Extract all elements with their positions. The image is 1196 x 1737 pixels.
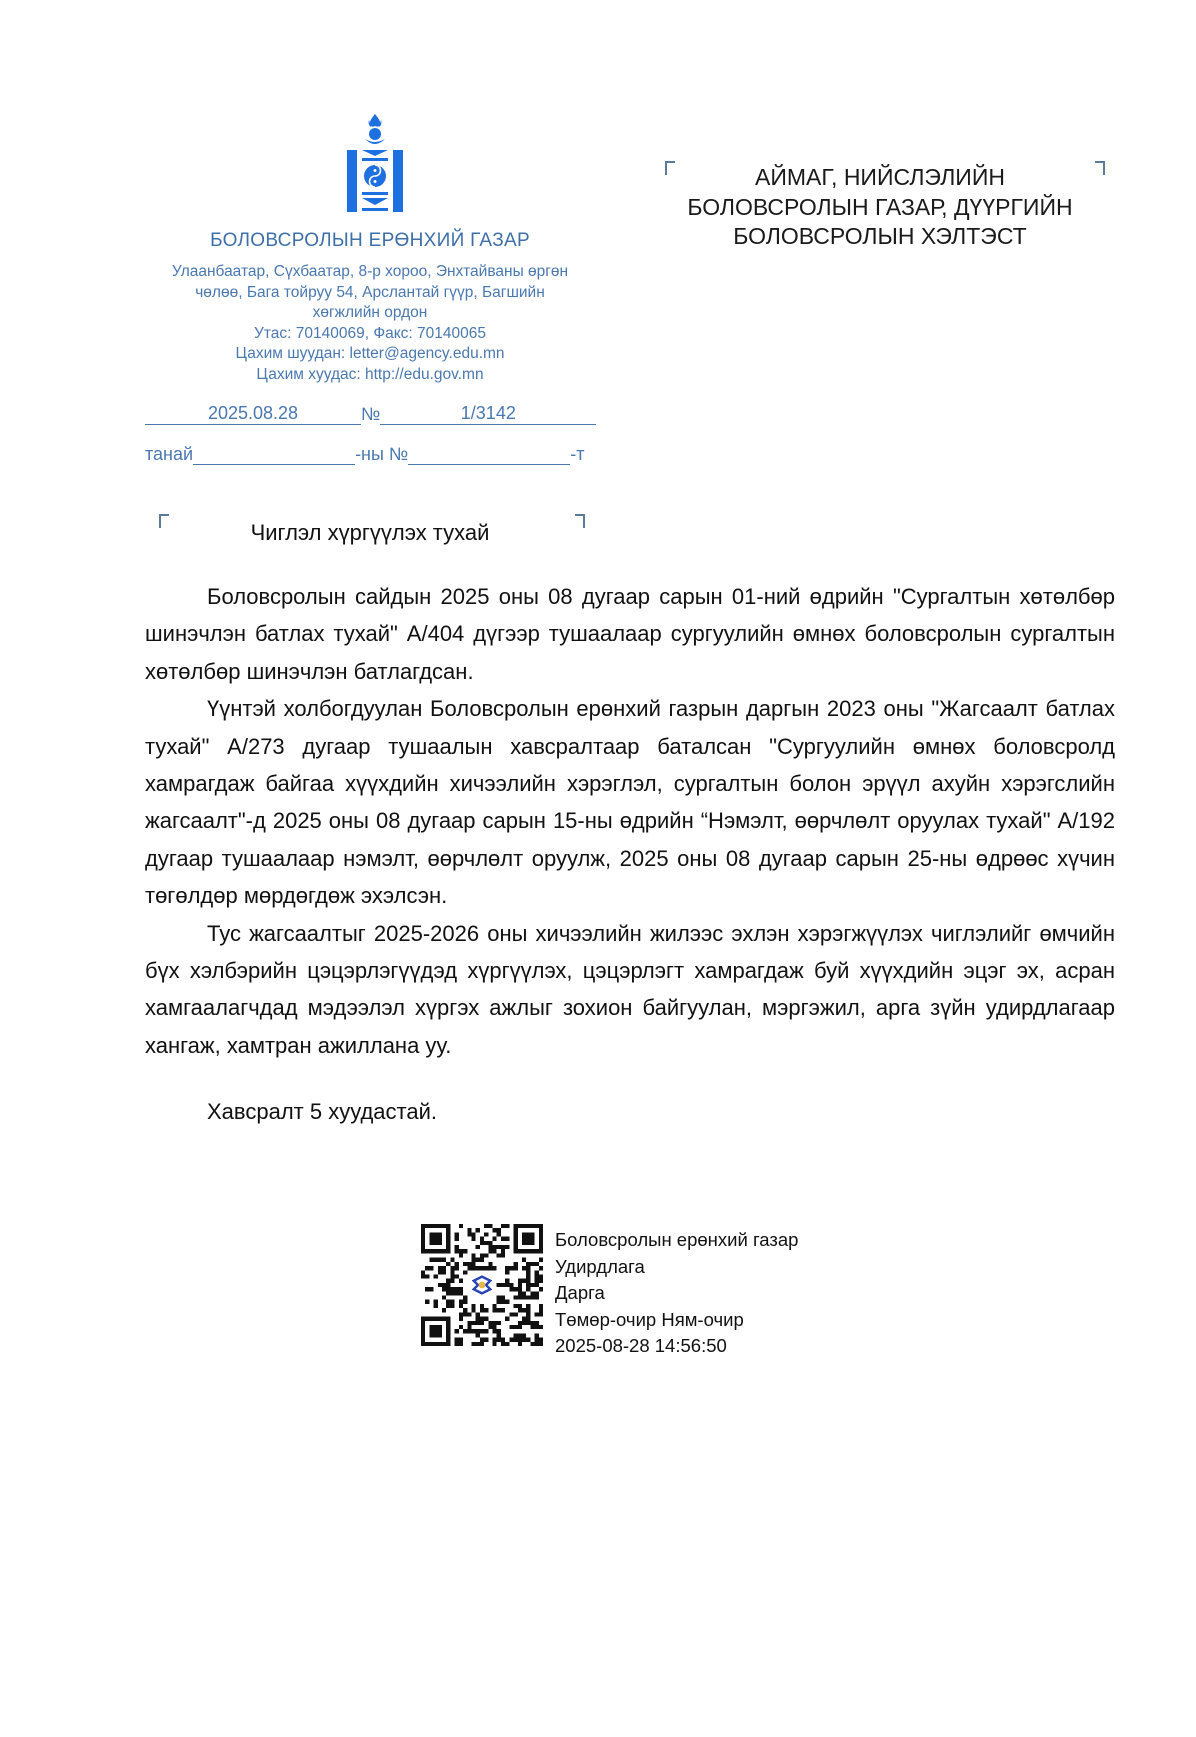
qr-code-icon [421,1224,543,1346]
your-number-field [408,443,570,465]
recipient-line: АЙМАГ, НИЙСЛЭЛИЙН [660,163,1100,193]
your-suffix: -ны № [355,444,408,464]
reference-line: танай-ны №-т [145,443,585,465]
signer-unit: Удирдлага [555,1254,798,1281]
number-label: № [361,404,380,424]
org-address: Улаанбаатар, Сүхбаатар, 8-р хороо, Энхта… [140,262,600,386]
org-name: БОЛОВСРОЛЫН ЕРӨНХИЙ ГАЗАР [140,230,600,252]
attachment-note: Хавсралт 5 хуудастай. [207,1099,437,1125]
letter-page: БОЛОВСРОЛЫН ЕРӨНХИЙ ГАЗАР Улаанбаатар, С… [0,0,1196,1737]
registration-line: 2025.08.28№1/3142 [145,403,596,425]
body-paragraph: Үүнтэй холбогдуулан Боловсролын ерөнхий … [145,690,1115,914]
soyombo-emblem-icon [340,112,410,218]
signer-name: Төмөр-очир Ням-очир [555,1307,798,1334]
website: Цахим хуудас: http://edu.gov.mn [140,365,600,386]
signer-org: Боловсролын ерөнхий газар [555,1227,798,1254]
email: Цахим шуудан: letter@agency.edu.mn [140,344,600,365]
subject-title: Чиглэл хүргүүлэх тухай [160,520,580,546]
phone-fax: Утас: 70140069, Факс: 70140065 [140,324,600,345]
recipient-block: АЙМАГ, НИЙСЛЭЛИЙН БОЛОВСРОЛЫН ГАЗАР, ДҮҮ… [660,163,1100,252]
signature-block: Боловсролын ерөнхий газар Удирдлага Дарг… [555,1227,798,1360]
recipient-line: БОЛОВСРОЛЫН ГАЗАР, ДҮҮРГИЙН [660,193,1100,223]
address-line: Улаанбаатар, Сүхбаатар, 8-р хороо, Энхта… [140,262,600,283]
letter-date: 2025.08.28 [145,403,361,425]
body-paragraph: Тус жагсаалтыг 2025-2026 оны хичээлийн ж… [145,915,1115,1065]
letter-number: 1/3142 [380,403,596,425]
your-end: -т [570,444,584,464]
signer-position: Дарга [555,1280,798,1307]
signature-timestamp: 2025-08-28 14:56:50 [555,1333,798,1360]
recipient-line: БОЛОВСРОЛЫН ХЭЛТЭСТ [660,222,1100,252]
body-paragraph: Боловсролын сайдын 2025 оны 08 дугаар са… [145,578,1115,690]
letter-body: Боловсролын сайдын 2025 оны 08 дугаар са… [145,578,1115,1064]
address-line: хөгжлийн ордон [140,303,600,324]
your-label: танай [145,444,193,464]
address-line: чөлөө, Бага тойруу 54, Арслантай гүүр, Б… [140,283,600,304]
your-date-field [193,443,355,465]
